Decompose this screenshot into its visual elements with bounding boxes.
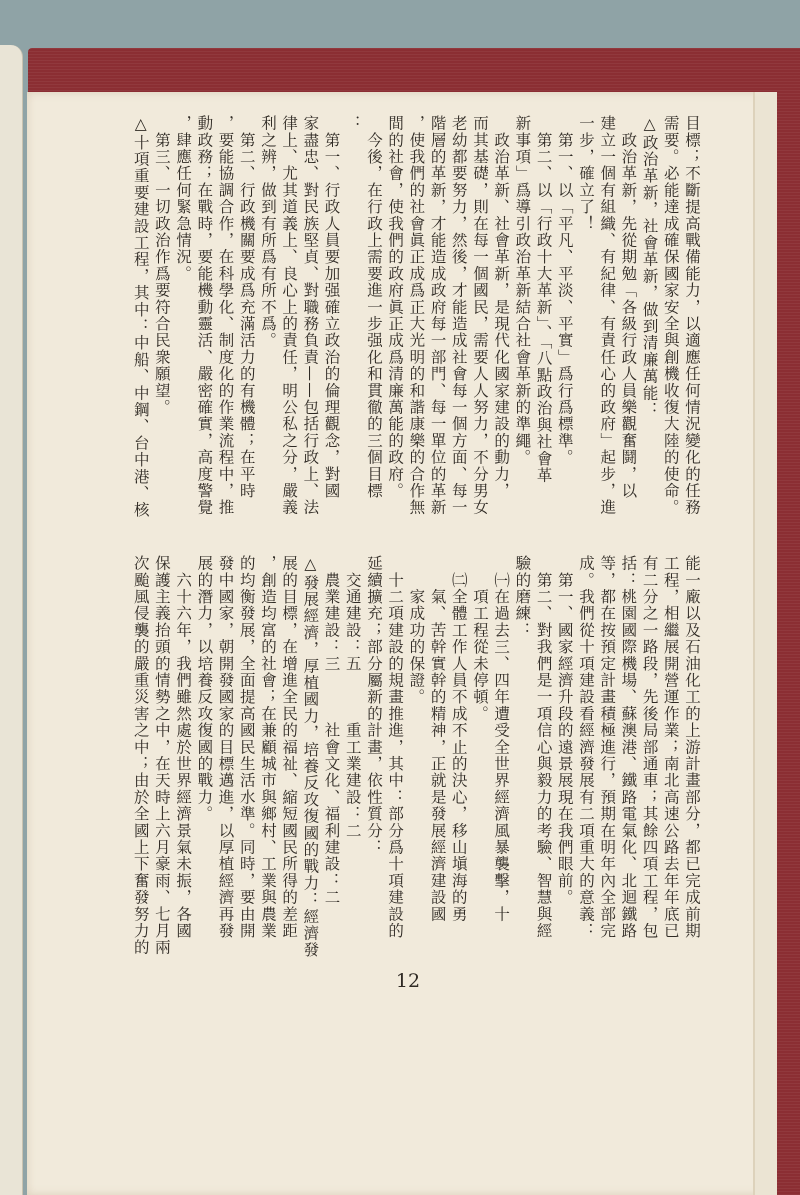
text-column: 律上、尤其道義上、良心上的責任，明公私之分，嚴義: [278, 115, 299, 545]
text-column: 第二、以「行政十大革新」、「八點政治與社會革: [532, 115, 553, 545]
text-column: 工程，相繼展開營運作業；南北高速公路去年年底已: [660, 555, 681, 985]
text-column: ，使我們的社會眞正成爲正大光明的和諧康樂的合作無: [405, 115, 426, 545]
text-column: 而其基礎，則在每一個國民，需要人人努力，不分男女: [469, 115, 490, 545]
text-column: 老幼都要努力，然後，才能造成社會每一個方面、每一: [448, 115, 469, 545]
text-column: 第二、行政機關要成爲充滿活力的有機體；在平時: [236, 115, 257, 545]
text-column: 等，都在按預定計畫積極進行，預期在明年內全部完: [596, 555, 617, 985]
text-column: ，肆應任何緊急情況。: [172, 115, 193, 545]
text-column: ㈠在過去三、四年遭受全世界經濟風暴襲擊，十: [490, 555, 511, 985]
text-column: 第一、行政人員要加强確立政治的倫理觀念，對國: [320, 115, 341, 545]
text-column: ，創造均富的社會；在兼顧城市與鄉村、工業與農業: [257, 555, 278, 985]
previous-page-edge: [0, 45, 23, 1195]
text-column: 次颱風侵襲的嚴重災害之中；由於全國上下奮發努力的: [130, 555, 151, 985]
text-column: 利之辨，做到有所爲有所不爲。: [257, 115, 278, 545]
text-column: 延續擴充；部分屬新的計畫，依性質分：: [363, 555, 384, 985]
text-column: 成。我們從十項建設看經濟發展有二項重大的意義：: [575, 555, 596, 985]
text-column: 需要。必能達成確保國家安全與創機收復大陸的使命。: [660, 115, 681, 545]
text-column: 能一廠以及石油化工的上游計畫部分，都已完成前期: [681, 555, 702, 985]
page-number: 12: [378, 970, 438, 992]
text-column: 發中國家，朝開發國家的目標邁進，以厚植經濟再發: [214, 555, 235, 985]
text-column: 第三、一切政治作爲要符合民衆願望。: [151, 115, 172, 545]
text-column: 第一、國家經濟升段的遠景展現在我們眼前。: [554, 555, 575, 985]
text-column: 階層的革新，才能造成政府每一部門、每一單位的革新: [426, 115, 447, 545]
text-column: △發展經濟，厚植國力，培養反攻復國的戰力：經濟發: [299, 555, 320, 985]
text-column: ，要能協調合作，在科學化、制度化的作業流程中，推: [214, 115, 235, 545]
text-column: 驗的磨練：: [511, 555, 532, 985]
text-column: 農業建設：三 社會文化、福利建設：二: [320, 555, 341, 985]
page-edge: [753, 92, 777, 1195]
text-column: 第一、以「平凡、平淡、平實」爲行爲標準。: [554, 115, 575, 545]
text-column: ：: [342, 115, 363, 545]
text-column: 一步，確立了！: [575, 115, 596, 545]
text-column: 氣、苦幹實幹的精神，正就是發展經濟建設國: [426, 555, 447, 985]
text-column: 十二項建設的規畫推進，其中：部分爲十項建設的: [384, 555, 405, 985]
text-column: 家成功的保證。: [405, 555, 426, 985]
bottom-text-block: 能一廠以及石油化工的上游計畫部分，都已完成前期工程，相繼展開營運作業；南北高速公…: [130, 555, 702, 985]
text-column: △政治革新，社會革新，做到清廉萬能：: [638, 115, 659, 545]
text-column: 目標；不斷提高戰備能力，以適應任何情況變化的任務: [681, 115, 702, 545]
top-text-block: 目標；不斷提高戰備能力，以適應任何情況變化的任務需要。必能達成確保國家安全與創機…: [130, 115, 702, 545]
text-column: 動政務；在戰時，要能機動靈活、嚴密確實，高度警覺: [193, 115, 214, 545]
text-column: 的均衡發展，全面提高國民生活水準。同時，要由開: [236, 555, 257, 985]
text-column: ㈡全體工作人員不成不止的決心，移山塡海的勇: [448, 555, 469, 985]
text-column: 政治革新，先從期勉「各級行政人員樂觀奮鬪，以: [617, 115, 638, 545]
text-column: 項工程從未停頓。: [469, 555, 490, 985]
text-column: 第二、對我們是一項信心與毅力的考驗、智慧與經: [532, 555, 553, 985]
text-column: 六十六年，我們雖然處於世界經濟景氣未振，各國: [172, 555, 193, 985]
text-column: 家盡忠、對民族堅貞、對職務負責——包括行政上、法: [299, 115, 320, 545]
text-column: 交通建設：五 重工業建設：二: [342, 555, 363, 985]
text-column: 展的目標，在增進全民的福祉、縮短國民所得的差距: [278, 555, 299, 985]
text-column: △十項重要建設工程，其中：中船、中鋼、台中港、核: [130, 115, 151, 545]
text-column: 括：桃園國際機場、蘇澳港、鐵路電氣化、北迴鐵路: [617, 555, 638, 985]
text-column: 有二分之一路段，先後局部通車；其餘四項工程，包: [638, 555, 659, 985]
text-column: 保護主義抬頭的情勢之中，在天時上六月豪雨、七月兩: [151, 555, 172, 985]
text-column: 新事項」爲導引政治革新結合社會革新的準繩。: [511, 115, 532, 545]
text-column: 建立一個有組織、有紀律、有責任心的政府」起步，進: [596, 115, 617, 545]
text-column: 今後，在行政上需要進一步强化和貫徹的三個目標: [363, 115, 384, 545]
text-column: 政治革新、社會革新，是現代化國家建設的動力，: [490, 115, 511, 545]
text-column: 展的潛力，以培養反攻復國的戰力。: [193, 555, 214, 985]
text-column: 間的社會，使我們的政府眞正成爲清廉萬能的政府。: [384, 115, 405, 545]
